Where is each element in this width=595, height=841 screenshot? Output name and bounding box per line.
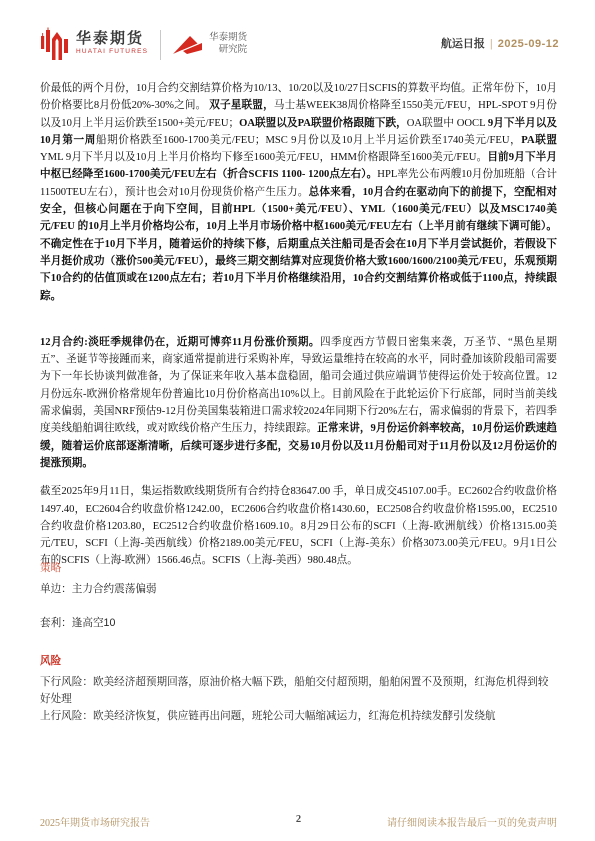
- text-run-bold: 12月合约:淡旺季规律仍在，近期可博弈11月份涨价预期。: [40, 337, 320, 348]
- brand-name-cn: 华泰期货: [76, 31, 148, 46]
- text-run-bold: PA联盟: [521, 135, 557, 146]
- report-date: 2025-09-12: [498, 38, 559, 50]
- title-separator: |: [490, 38, 493, 50]
- text-run-bold: 总体来看，10月合约在驱动向下的前提下，空配相对安全，但核心问题在于向下空间，目…: [40, 187, 557, 302]
- text-run: YML 9月下半月以及10月上半月价格均下修至1600美元/FEU，HMM价格跟…: [40, 152, 487, 163]
- footer-report-series: 2025年期货市场研究报告: [40, 814, 150, 829]
- footer-disclaimer-note: 请仔细阅读本报告最后一页的免责声明: [387, 814, 557, 829]
- paragraph: 12月合约:淡旺季规律仍在，近期可博弈11月份涨价预期。四季度西方节假日密集来袭…: [40, 334, 557, 472]
- institute-logo-icon: [173, 34, 203, 58]
- strategy-lines: 单边：主力合约震荡偏弱套利：逢高空10: [40, 581, 557, 632]
- paragraph: 截至2025年9月11日，集运指数欧线期货所有合约持仓83647.00 手，单日…: [40, 483, 557, 569]
- report-type: 航运日报: [441, 35, 485, 51]
- text-run: OA联盟中 OOCL: [407, 118, 488, 129]
- body-paragraphs: 价最低的两个月份，10月合约交割结算价格为10/13、10/20以及10/27日…: [40, 80, 557, 570]
- risk-line: 下行风险：欧美经济超预期回落，原油价格大幅下跌，船舶交付超预期，船舶闲置不及预期…: [40, 674, 557, 708]
- risk-line: 上行风险：欧美经济恢复，供应链再出问题，班轮公司大幅缩减运力，红海危机持续发酵引…: [40, 708, 557, 725]
- institute-name-line1: 华泰期货: [209, 32, 247, 44]
- strategy-section: 策略 单边：主力合约震荡偏弱套利：逢高空10: [40, 560, 557, 649]
- risk-section: 风险 下行风险：欧美经济超预期回落，原油价格大幅下跌，船舶交付超预期，船舶闲置不…: [40, 653, 557, 725]
- brand-block: 华泰期货 HUATAI FUTURES 华泰期货 研究院: [40, 27, 247, 60]
- report-page: 华泰期货 HUATAI FUTURES 华泰期货 研究院 航运日报 | 2025…: [0, 0, 595, 841]
- strategy-heading: 策略: [40, 560, 557, 577]
- brand-name-en: HUATAI FUTURES: [76, 49, 148, 56]
- text-run: 截至2025年9月11日，集运指数欧线期货所有合约持仓83647.00 手，单日…: [40, 486, 557, 566]
- text-run: 船期价格跌至1600-1700美元/FEU；MSC 9月份以及10月上半月运价跌…: [96, 135, 521, 146]
- text-run-bold: OA联盟以及PA联盟价格跟随下跌，: [239, 118, 407, 129]
- huatai-logo-icon: [40, 27, 70, 60]
- strategy-line: 单边：主力合约震荡偏弱: [40, 581, 557, 598]
- logo-divider: [160, 30, 161, 60]
- page-footer: 2025年期货市场研究报告 2 请仔细阅读本报告最后一页的免责声明: [40, 814, 557, 829]
- page-number: 2: [296, 814, 301, 825]
- paragraph: 价最低的两个月份，10月合约交割结算价格为10/13、10/20以及10/27日…: [40, 80, 557, 305]
- report-title-block: 航运日报 | 2025-09-12: [441, 35, 559, 51]
- brand-text: 华泰期货 HUATAI FUTURES: [76, 31, 148, 56]
- strategy-line: 套利：逢高空10: [40, 615, 557, 632]
- institute-block: 华泰期货 研究院: [173, 30, 247, 58]
- institute-name: 华泰期货 研究院: [209, 32, 247, 56]
- text-run-bold: 双子星联盟，: [209, 100, 274, 111]
- page-header: 华泰期货 HUATAI FUTURES 华泰期货 研究院 航运日报 | 2025…: [40, 27, 559, 60]
- text-run: 四季度西方节假日密集来袭，万圣节、“黑色星期五”、圣诞节等接踵而来，商家通常提前…: [40, 337, 557, 434]
- institute-name-line2: 研究院: [209, 44, 247, 56]
- risk-heading: 风险: [40, 653, 557, 670]
- risk-lines: 下行风险：欧美经济超预期回落，原油价格大幅下跌，船舶交付超预期，船舶闲置不及预期…: [40, 674, 557, 725]
